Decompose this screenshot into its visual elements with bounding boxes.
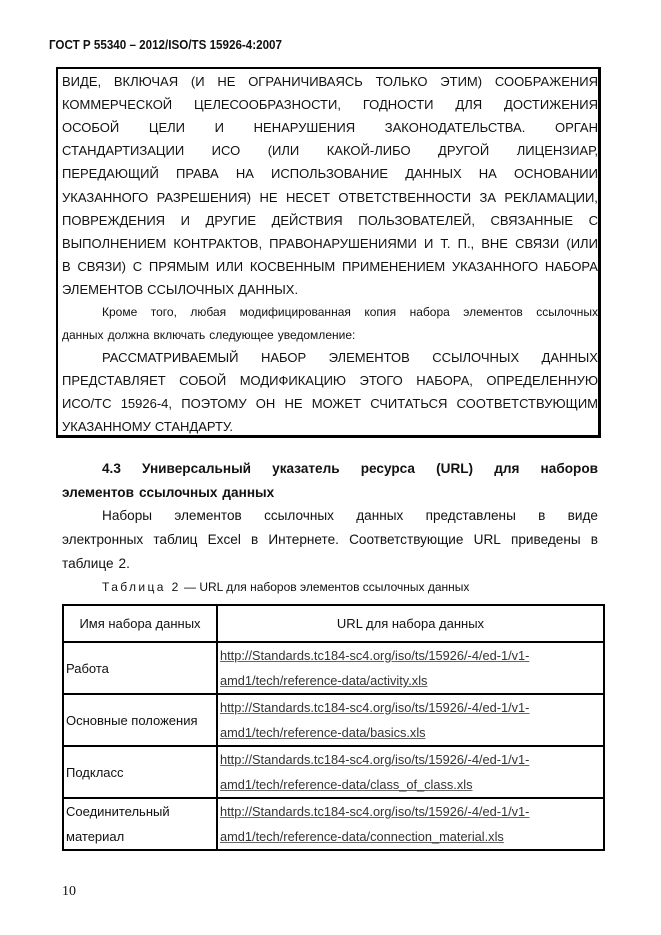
dataset-name: Работа — [63, 642, 217, 694]
page-number: 10 — [62, 884, 76, 900]
table-caption-label: Таблица 2 — [102, 580, 181, 594]
table-row: Соединительныйматериал http://Standards.… — [63, 798, 604, 850]
column-header-url: URL для набора данных — [217, 605, 604, 642]
dataset-url-cell: http://Standards.tc184-sc4.org/iso/ts/15… — [217, 746, 604, 798]
dataset-url-link[interactable]: http://Standards.tc184-sc4.org/iso/ts/15… — [220, 752, 529, 792]
url-table: Имя набора данных URL для набора данных … — [62, 604, 605, 851]
notice-line: КОММЕРЧЕСКОЙЦЕЛЕСООБРАЗНОСТИ,ГОДНОСТИДЛЯ… — [62, 93, 598, 116]
table-row: Основные положения http://Standards.tc18… — [63, 694, 604, 746]
dataset-name: Подкласс — [63, 746, 217, 798]
table-row: Подкласс http://Standards.tc184-sc4.org/… — [63, 746, 604, 798]
paragraph-line: Наборыэлементовссылочныхданныхпредставле… — [62, 504, 598, 528]
notice-line: Крометого,любаямодифицированнаякопиянабо… — [62, 301, 598, 324]
dataset-url-cell: http://Standards.tc184-sc4.org/iso/ts/15… — [217, 642, 604, 694]
notice-line: ПЕРЕДАЮЩИЙПРАВАНАИСПОЛЬЗОВАНИЕДАННЫХНАОС… — [62, 162, 598, 185]
notice-line: ПОВРЕЖДЕНИЯИДРУГИЕДЕЙСТВИЯПОЛЬЗОВАТЕЛЕЙ,… — [62, 209, 598, 232]
notice-line: ВИДЕ,ВКЛЮЧАЯ(ИНЕОГРАНИЧИВАЯСЬТОЛЬКОЭТИМ)… — [62, 70, 598, 93]
notice-line: УКАЗАННОГОРАЗРЕШЕНИЯ)НЕНЕСЕТОТВЕТСТВЕННО… — [62, 186, 598, 209]
notice-line: ОСОБОЙЦЕЛИИНЕНАРУШЕНИЯЗАКОНОДАТЕЛЬСТВА.О… — [62, 116, 598, 139]
paragraph-line: электронныхтаблицExcelвИнтернете.Соответ… — [62, 528, 598, 552]
notice-line: ПРЕДСТАВЛЯЕТСОБОЙМОДИФИКАЦИЮЭТОГОНАБОРА,… — [62, 369, 598, 392]
dataset-url-link[interactable]: http://Standards.tc184-sc4.org/iso/ts/15… — [220, 700, 529, 740]
section-heading-line: элементовссылочныхданных — [62, 481, 598, 505]
table-row: Работа http://Standards.tc184-sc4.org/is… — [63, 642, 604, 694]
dataset-name: Основные положения — [63, 694, 217, 746]
notice-line: ЭЛЕМЕНТОВССЫЛОЧНЫХДАННЫХ. — [62, 278, 598, 301]
notice-line: УКАЗАННОМУСТАНДАРТУ. — [62, 415, 598, 438]
notice-line: ВЫПОЛНЕНИЕМКОНТРАКТОВ,ПРАВОНАРУШЕНИЯМИИТ… — [62, 232, 598, 255]
notice-line: РАССМАТРИВАЕМЫЙНАБОРЭЛЕМЕНТОВССЫЛОЧНЫХДА… — [62, 346, 598, 369]
dataset-url-cell: http://Standards.tc184-sc4.org/iso/ts/15… — [217, 694, 604, 746]
document-header: ГОСТ Р 55340 – 2012/ISO/TS 15926-4:2007 — [49, 38, 282, 52]
dataset-url-cell: http://Standards.tc184-sc4.org/iso/ts/15… — [217, 798, 604, 850]
dataset-url-link[interactable]: http://Standards.tc184-sc4.org/iso/ts/15… — [220, 648, 529, 688]
paragraph-line: таблице2. — [62, 552, 598, 576]
table-caption: Таблица 2 — URL для наборов элементов сс… — [102, 580, 469, 594]
column-header-name: Имя набора данных — [63, 605, 217, 642]
notice-line: СТАНДАРТИЗАЦИИИСО(ИЛИКАКОЙ-ЛИБОДРУГОЙЛИЦ… — [62, 139, 598, 162]
notice-line: данныхдолжнавключатьследующееуведомление… — [62, 324, 598, 347]
notice-line: ВСВЯЗИ)СПРЯМЫМИЛИКОСВЕННЫМПРИМЕНЕНИЕМУКА… — [62, 255, 598, 278]
dataset-url-link[interactable]: http://Standards.tc184-sc4.org/iso/ts/15… — [220, 804, 529, 844]
table-caption-text: — URL для наборов элементов ссылочных да… — [181, 580, 470, 594]
section-heading-line: 4.3Универсальныйуказательресурса(URL)для… — [62, 457, 598, 481]
notice-line: ИСО/ТС15926-4,ПОЭТОМУОННЕМОЖЕТСЧИТАТЬСЯС… — [62, 392, 598, 415]
dataset-name: Соединительныйматериал — [63, 798, 217, 850]
table-header-row: Имя набора данных URL для набора данных — [63, 605, 604, 642]
